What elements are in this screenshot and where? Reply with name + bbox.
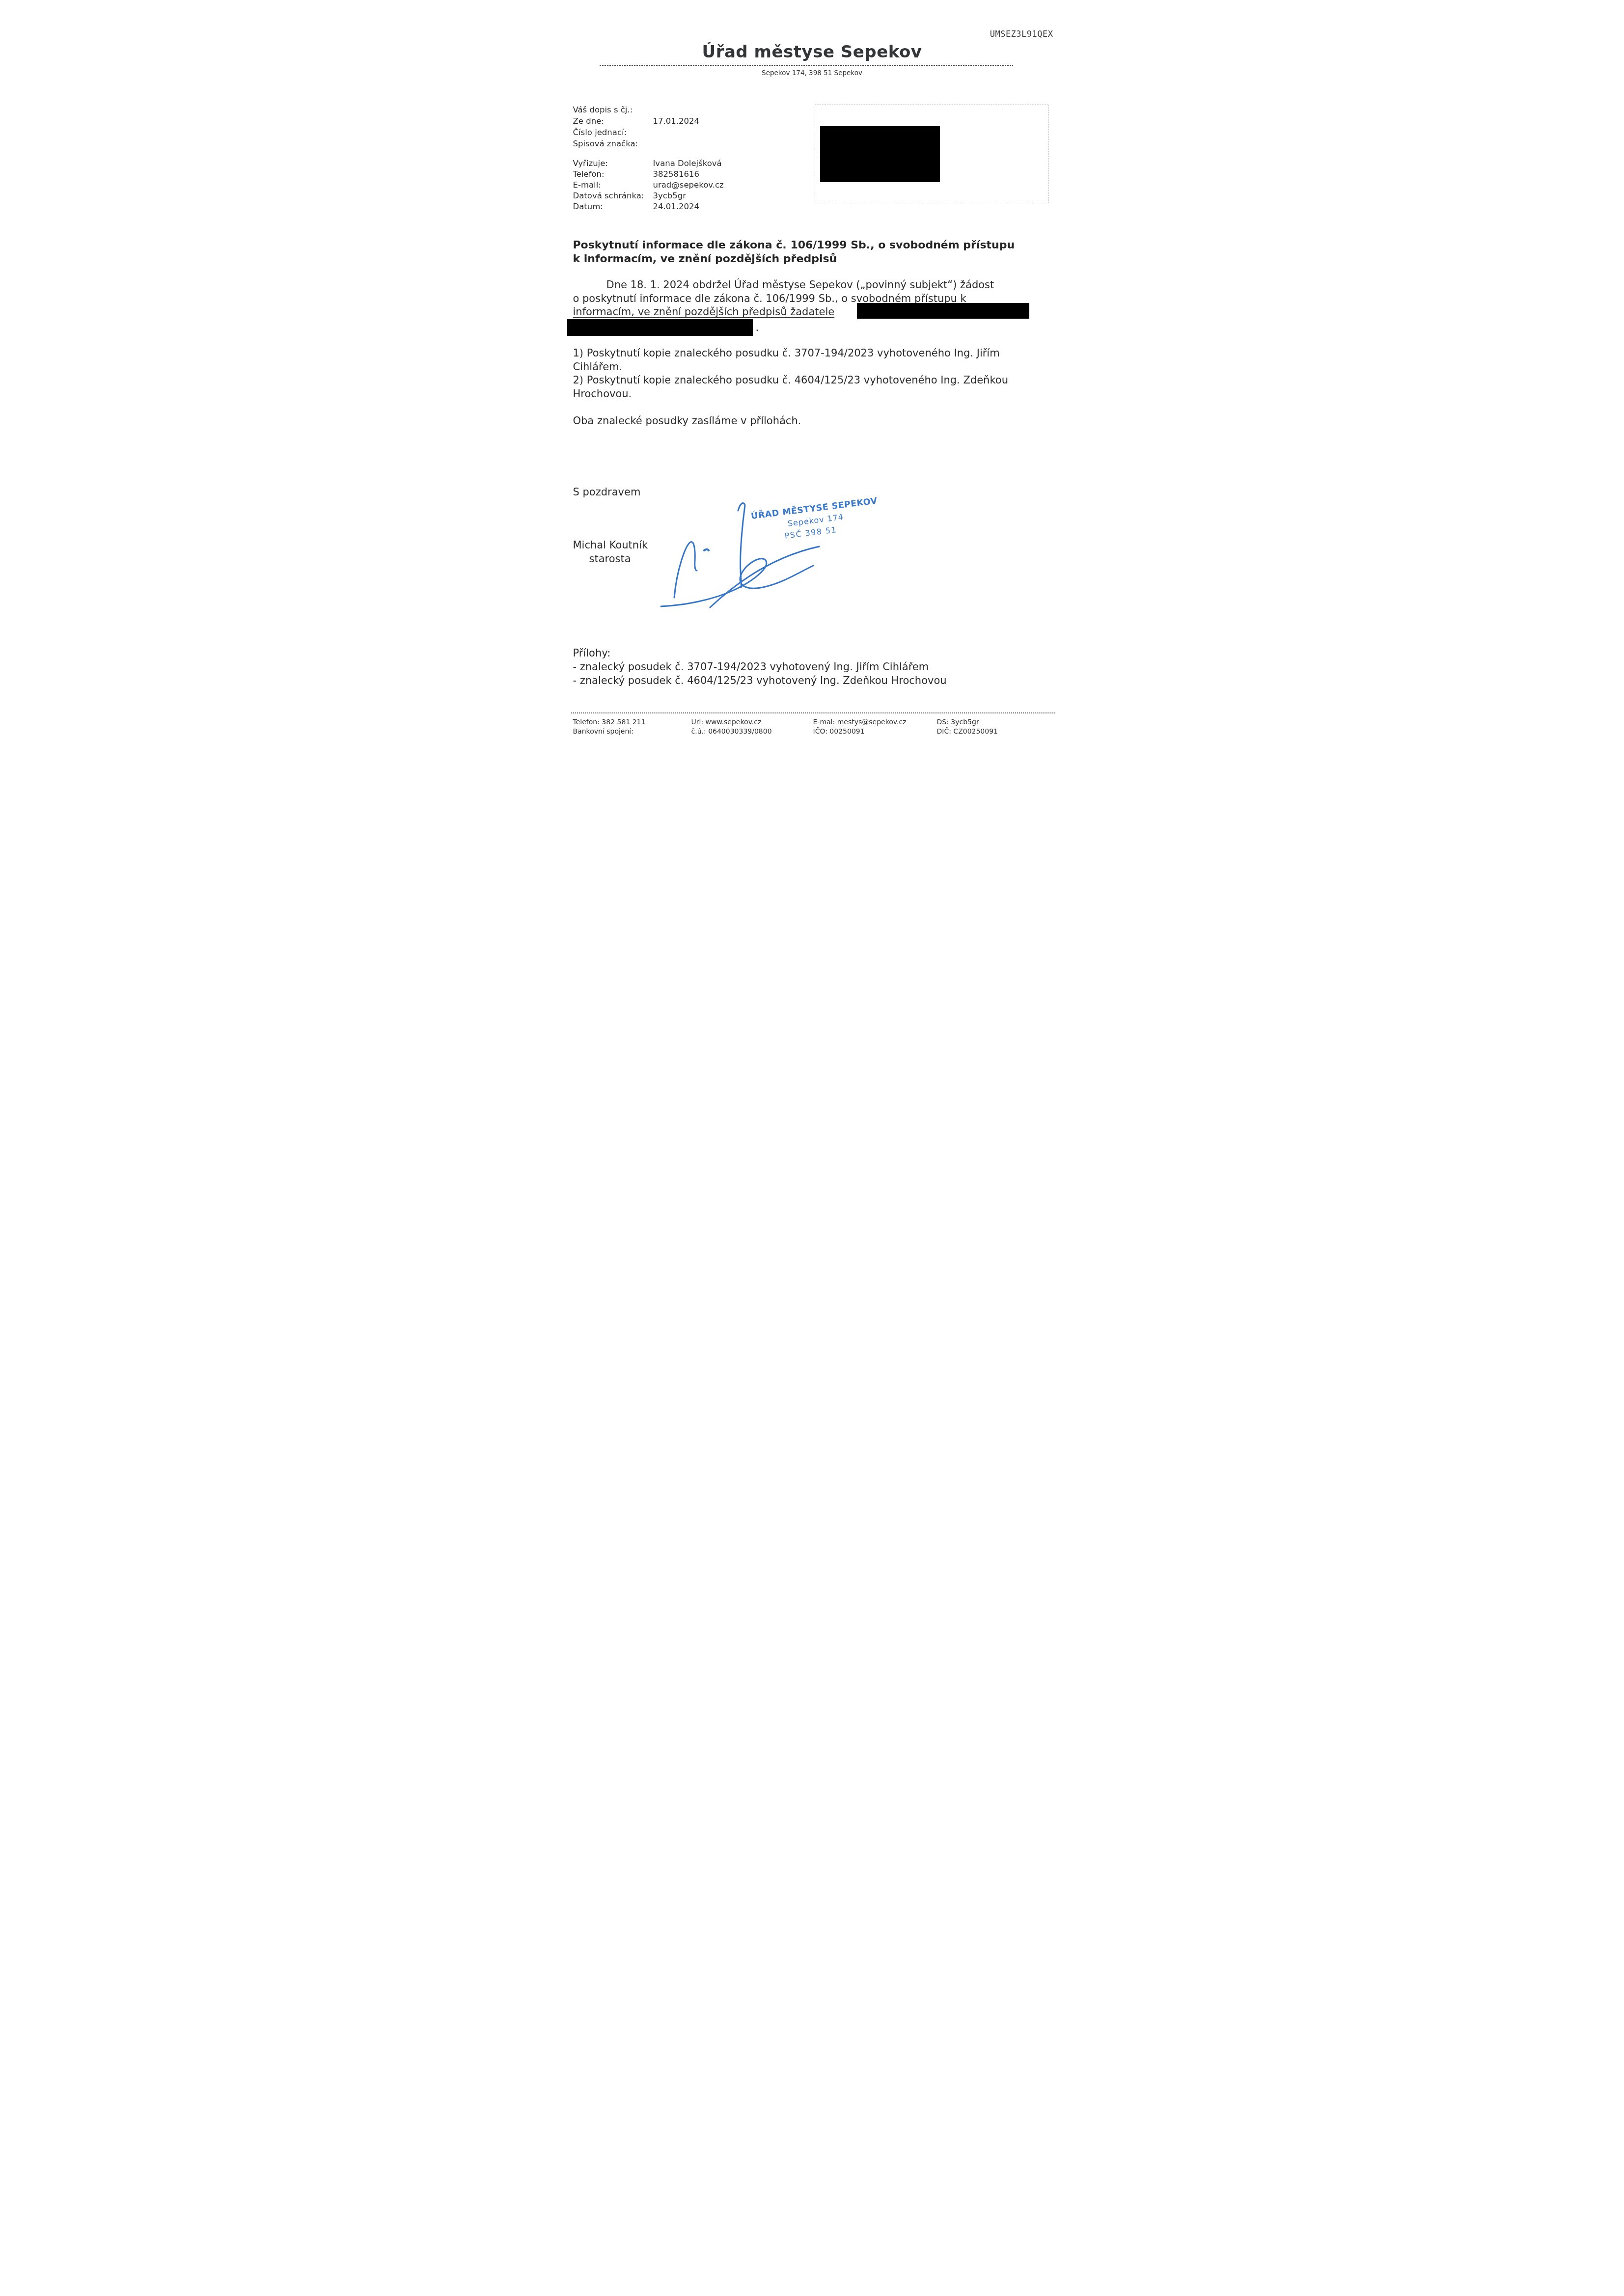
meta-row: Vyřizuje: Ivana Dolejšková [573,158,724,169]
signer-title: starosta [589,553,631,565]
meta-value: 3ycb5gr [653,191,687,201]
meta-block-contact: Vyřizuje: Ivana Dolejšková Telefon: 3825… [573,158,724,212]
meta-row: Číslo jednací: [573,127,699,138]
reference-code: UMSEZ3L91QEX [990,29,1053,39]
list-item: 1) Poskytnutí kopie znaleckého posudku č… [573,347,1059,374]
meta-label: E-mail: [573,180,653,191]
meta-value: Ivana Dolejšková [653,158,722,169]
paragraph-line: informacím, ve znění pozdějších předpisů… [573,306,835,318]
footer-column-ds: DS: 3ycb5gr DIČ: CZ00250091 [937,718,998,736]
footer-column-email: E-mal: mestys@sepekov.cz IČO: 00250091 [813,718,907,736]
meta-row: Datová schránka: 3ycb5gr [573,191,724,201]
meta-label: Vyřizuje: [573,158,653,169]
org-address: Sepekov 174, 398 51 Sepekov [542,69,1083,77]
footer-line: DIČ: CZ00250091 [937,727,998,737]
redaction-box-recipient [820,126,940,182]
meta-value: urad@sepekov.cz [653,180,724,191]
attachment-item: - znalecký posudek č. 3707-194/2023 vyho… [573,660,947,674]
meta-row: Datum: 24.01.2024 [573,201,724,212]
meta-value: 17.01.2024 [653,115,699,127]
meta-row: Spisová značka: [573,138,699,149]
paragraph-period: . [756,322,759,333]
footer-divider [571,712,1056,713]
underlined-request-text: informacím, ve znění pozdějších předpisů… [573,306,835,318]
meta-value: 382581616 [653,169,699,180]
meta-row: Telefon: 382581616 [573,169,724,180]
footer-column-phone: Telefon: 382 581 211 Bankovní spojení: [573,718,646,736]
redaction-box-applicant-1 [857,303,1029,319]
scanned-letter-page: UMSEZ3L91QEX Úřad městyse Sepekov Sepeko… [542,0,1083,765]
valediction: S pozdravem [573,486,641,498]
meta-block-reference: Váš dopis s čj.: Ze dne: 17.01.2024 Čísl… [573,104,699,149]
signer-name: Michal Koutník [573,539,648,551]
meta-value: 24.01.2024 [653,201,699,212]
subject-heading: Poskytnutí informace dle zákona č. 106/1… [573,239,1045,266]
footer-line: E-mal: mestys@sepekov.cz [813,718,907,727]
list-item: 2) Poskytnutí kopie znaleckého posudku č… [573,374,1059,401]
meta-label: Datová schránka: [573,191,653,201]
meta-label: Datum: [573,201,653,212]
footer-line: Bankovní spojení: [573,727,646,737]
header-divider [600,65,1013,66]
footer-line: č.ú.: 0640030339/0800 [691,727,772,737]
attachment-item: - znalecký posudek č. 4604/125/23 vyhoto… [573,674,947,687]
footer-line: IČO: 00250091 [813,727,907,737]
footer-column-url: Url: www.sepekov.cz č.ú.: 0640030339/080… [691,718,772,736]
footer-line: Telefon: 382 581 211 [573,718,646,727]
meta-row: Ze dne: 17.01.2024 [573,115,699,127]
page-title: Úřad městyse Sepekov [542,42,1083,62]
recipient-address-box [815,105,1048,203]
meta-label: Spisová značka: [573,138,653,149]
meta-row: Váš dopis s čj.: [573,104,699,115]
meta-label: Váš dopis s čj.: [573,104,653,115]
paragraph-line: Dne 18. 1. 2024 obdržel Úřad městyse Sep… [606,279,994,291]
meta-label: Telefon: [573,169,653,180]
meta-row: E-mail: urad@sepekov.cz [573,180,724,191]
footer-line: Url: www.sepekov.cz [691,718,772,727]
meta-label: Ze dne: [573,115,653,127]
attachments-heading: Přílohy: [573,646,947,660]
redaction-box-applicant-2 [567,319,753,336]
footer-line: DS: 3ycb5gr [937,718,998,727]
attachments-section: Přílohy: - znalecký posudek č. 3707-194/… [573,646,947,687]
closing-note: Oba znalecké posudky zasíláme v přílohác… [573,415,801,427]
meta-label: Číslo jednací: [573,127,653,138]
